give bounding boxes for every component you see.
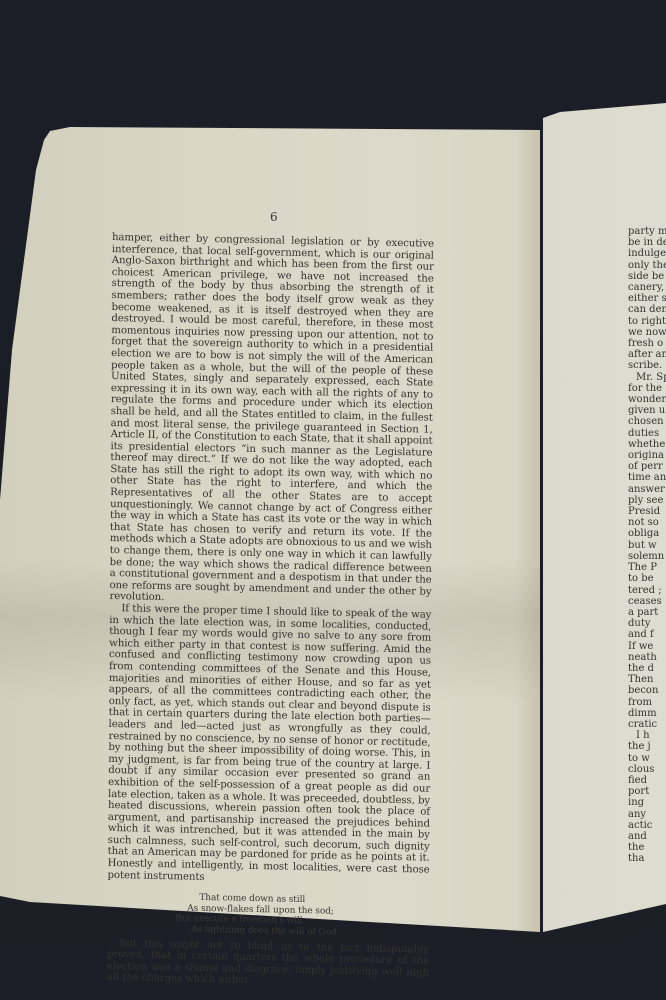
right-page-line: a part [628,607,666,618]
right-page-line: becon [628,685,666,696]
right-page-line: from [628,697,666,708]
right-page-line: fresh o [628,338,666,349]
right-page-line: Then [628,674,666,685]
right-page-line: ing [628,797,666,808]
right-page-line: whethe [628,439,666,450]
right-page-line: of perr [628,461,666,472]
right-page-line: ply see [628,495,666,506]
right-page-line: after an [628,349,666,360]
closing-paragraph: But this ought not to blind us to the fa… [107,938,429,991]
right-page-line: Presid [628,506,666,517]
paragraph-1: hamper, either by congressional legislat… [109,232,434,610]
right-page-line: dimm [628,708,666,719]
right-page-line: any [628,809,666,820]
right-page-line: fied [628,775,666,786]
right-page-line: neath [628,652,666,663]
right-page-line: tha [628,853,666,864]
right-page-line: the j [628,741,666,752]
right-page-line: port [628,786,666,797]
right-page-line: only the [628,260,666,271]
right-page-line: but w [628,540,666,551]
right-page-line: chosen [628,416,666,427]
right-page-line: to w [628,753,666,764]
right-page-line: to right [628,316,666,327]
right-page-line: duty [628,618,666,629]
right-page-line: Mr. Sp [628,372,666,383]
right-page-line: I h [628,730,666,741]
right-page-line: the [628,842,666,853]
right-page-line: canery, [628,282,666,293]
right-page-line: we now [628,327,666,338]
right-page-body: party mbe in deindulgeonly theside becan… [628,226,666,865]
quoted-poem: That come down as still As snow-flakes f… [107,891,429,940]
right-page-line: indulge [628,248,666,259]
right-page-line: wonder [628,394,666,405]
right-page-line: The P [628,562,666,573]
right-page-line: the d [628,663,666,674]
right-page-line: solemn [628,551,666,562]
right-page-line: obliga [628,528,666,539]
right-page-line: and f [628,629,666,640]
page-number: 6 [270,210,278,224]
right-page-line: cratic [628,719,666,730]
right-page-line: party m [628,226,666,237]
right-page-line: either s [628,293,666,304]
right-page-line: can den [628,304,666,315]
right-page-line: duties [628,428,666,439]
right-page-line: ceases [628,596,666,607]
right-page-line: and [628,831,666,842]
right-page-line: time an [628,472,666,483]
left-page-body: hamper, either by congressional legislat… [107,232,434,991]
right-page-line: given u [628,405,666,416]
page-gutter-shadow [515,125,542,935]
right-page-line: clous [628,764,666,775]
right-page-line: tered ; [628,585,666,596]
right-page-line: actic [628,820,666,831]
right-page-line: be in de [628,237,666,248]
right-page-line: not so [628,517,666,528]
right-page-line: for the [628,383,666,394]
right-page-line: scribe. [628,360,666,371]
right-page-line: side be [628,271,666,282]
paragraph-2: If this were the proper time I should li… [107,603,431,888]
right-page-line: answer [628,484,666,495]
right-page-line: If we [628,641,666,652]
right-page-line: origina [628,450,666,461]
right-page-line: to be [628,573,666,584]
